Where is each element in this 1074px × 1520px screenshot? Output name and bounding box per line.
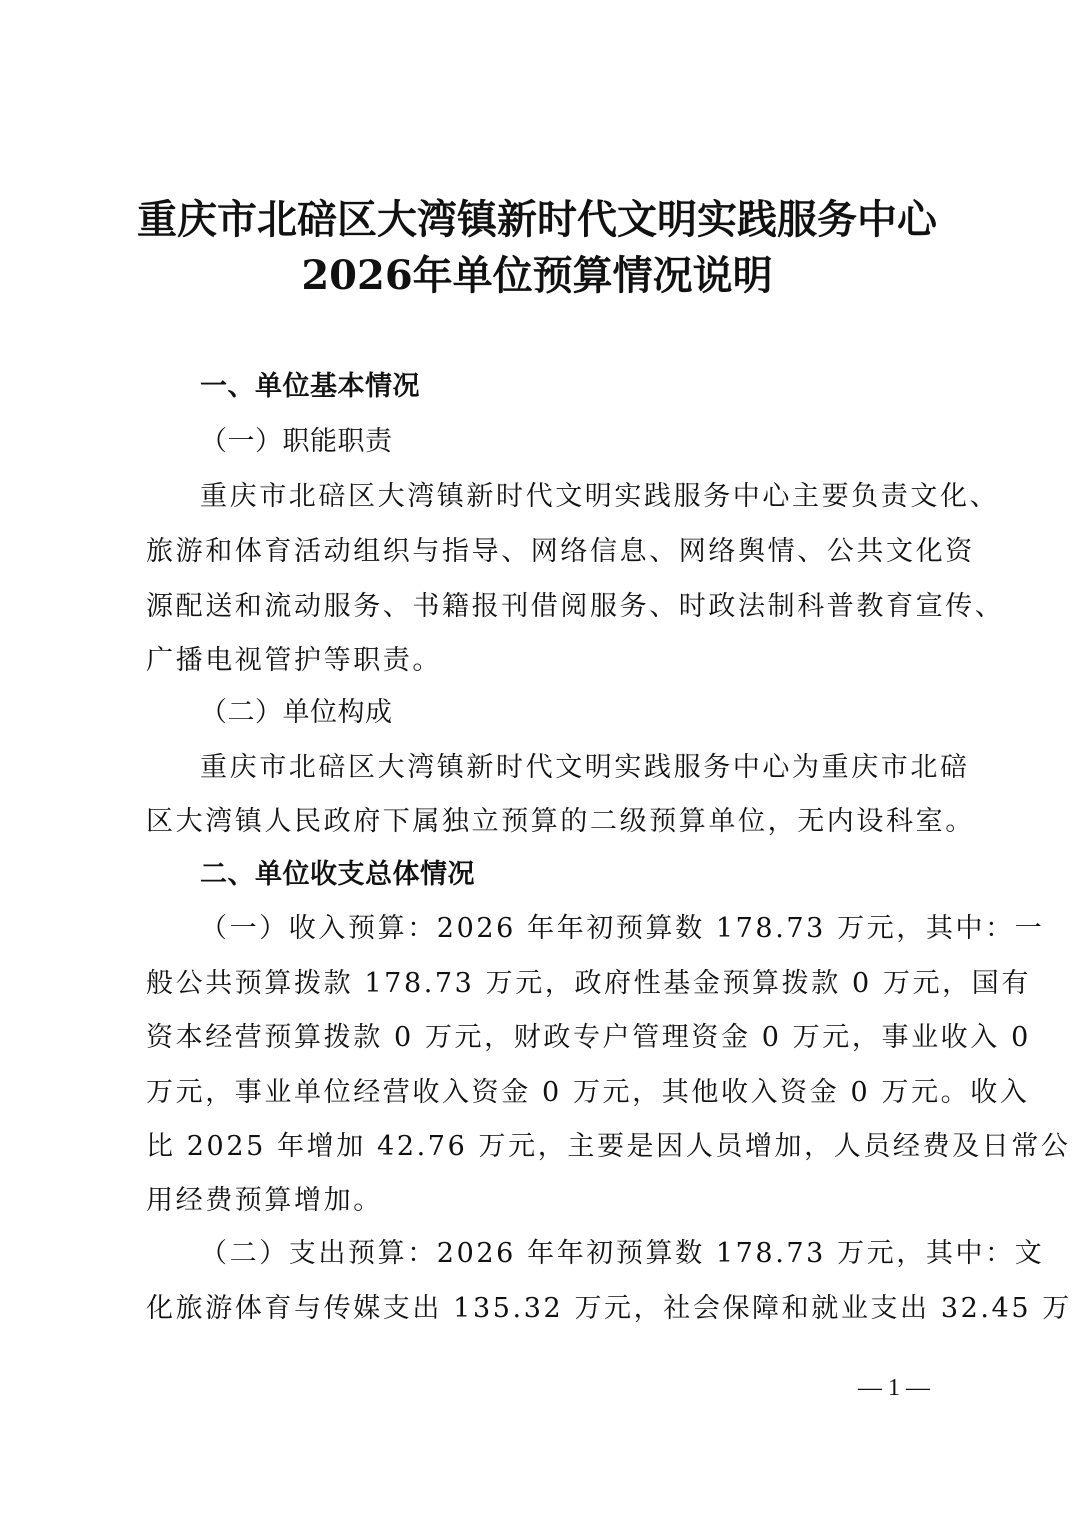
subsection-heading-duties: （一）职能职责	[200, 428, 1000, 455]
paragraph-line: 广播电视管护等职责。	[146, 647, 946, 674]
subsection-heading-composition: （二）单位构成	[200, 699, 1000, 726]
paragraph-line: 用经费预算增加。	[146, 1187, 946, 1214]
paragraph-line: 旅游和体育活动组织与指导、网络信息、网络舆情、公共文化资	[146, 538, 946, 565]
paragraph-line: 万元，事业单位经营收入资金 0 万元，其他收入资金 0 万元。收入	[146, 1079, 946, 1106]
paragraph-line: 重庆市北碚区大湾镇新时代文明实践服务中心主要负责文化、	[200, 483, 1000, 510]
paragraph-line-expense: （二）支出预算：2026 年年初预算数 178.73 万元，其中：文	[200, 1240, 1000, 1267]
section-heading-income-expense: 二、单位收支总体情况	[200, 861, 1000, 888]
paragraph-line: 比 2025 年增加 42.76 万元，主要是因人员增加，人员经费及日常公	[146, 1133, 946, 1160]
paragraph-line-income: （一）收入预算：2026 年年初预算数 178.73 万元，其中：一	[200, 915, 1000, 942]
page-number: — 1 —	[858, 1375, 930, 1402]
section-heading-basic-info: 一、单位基本情况	[200, 373, 1000, 400]
paragraph-line: 资本经营预算拨款 0 万元，财政专户管理资金 0 万元，事业收入 0	[146, 1024, 946, 1051]
paragraph-line: 重庆市北碚区大湾镇新时代文明实践服务中心为重庆市北碚	[200, 754, 1000, 781]
paragraph-line: 般公共预算拨款 178.73 万元，政府性基金预算拨款 0 万元，国有	[146, 970, 946, 997]
document-title-line1: 重庆市北碚区大湾镇新时代文明实践服务中心	[0, 200, 1074, 240]
paragraph-line: 化旅游体育与传媒支出 135.32 万元，社会保障和就业支出 32.45 万	[146, 1295, 946, 1322]
document-title-line2: 2026年单位预算情况说明	[0, 256, 1074, 296]
paragraph-line: 源配送和流动服务、书籍报刊借阅服务、时政法制科普教育宣传、	[146, 593, 946, 620]
paragraph-line: 区大湾镇人民政府下属独立预算的二级预算单位，无内设科室。	[146, 808, 946, 835]
